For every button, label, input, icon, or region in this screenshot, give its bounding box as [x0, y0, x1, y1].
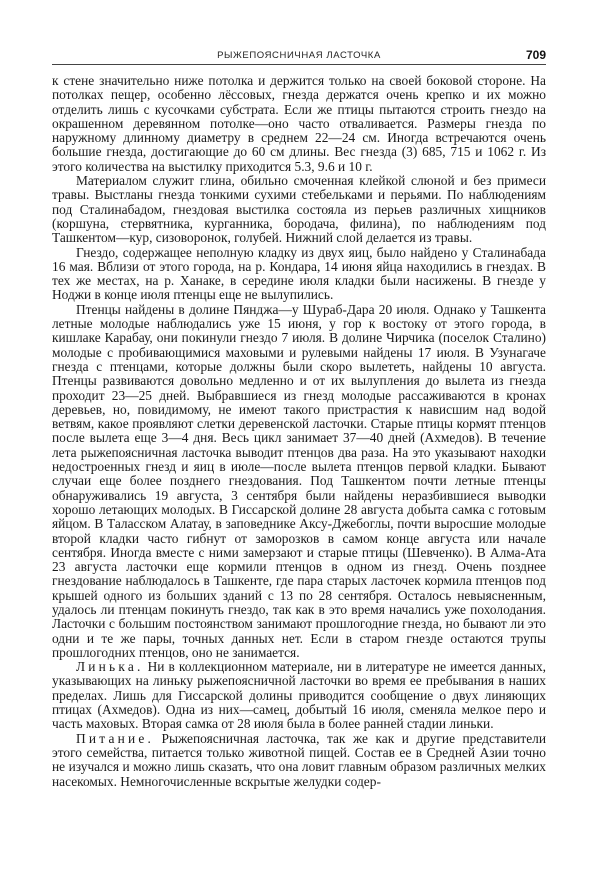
page-number: 709: [526, 48, 546, 62]
paragraph-nest-structure: к стене значительно ниже потолка и держи…: [52, 74, 546, 174]
running-head: РЫЖЕПОЯСНИЧНАЯ ЛАСТОЧКА 709: [52, 48, 546, 64]
section-lead-molt: Линька.: [76, 659, 144, 674]
paragraph-nestlings: Птенцы найдены в долине Пянджа—у Шураб-Д…: [52, 303, 546, 660]
header-rule: [52, 64, 546, 65]
paragraph-clutch: Гнездо, содержащее неполную кладку из дв…: [52, 246, 546, 303]
paragraph-nest-material: Материалом служит глина, обильно смоченн…: [52, 174, 546, 245]
paragraph-molt: Линька. Ни в коллекционном материале, ни…: [52, 660, 546, 731]
section-lead-diet: Питание.: [76, 731, 154, 746]
body-text: к стене значительно ниже потолка и держи…: [52, 74, 546, 789]
paragraph-diet: Питание. Рыжепоясничная ласточка, так же…: [52, 732, 546, 789]
running-title: РЫЖЕПОЯСНИЧНАЯ ЛАСТОЧКА: [52, 50, 546, 61]
